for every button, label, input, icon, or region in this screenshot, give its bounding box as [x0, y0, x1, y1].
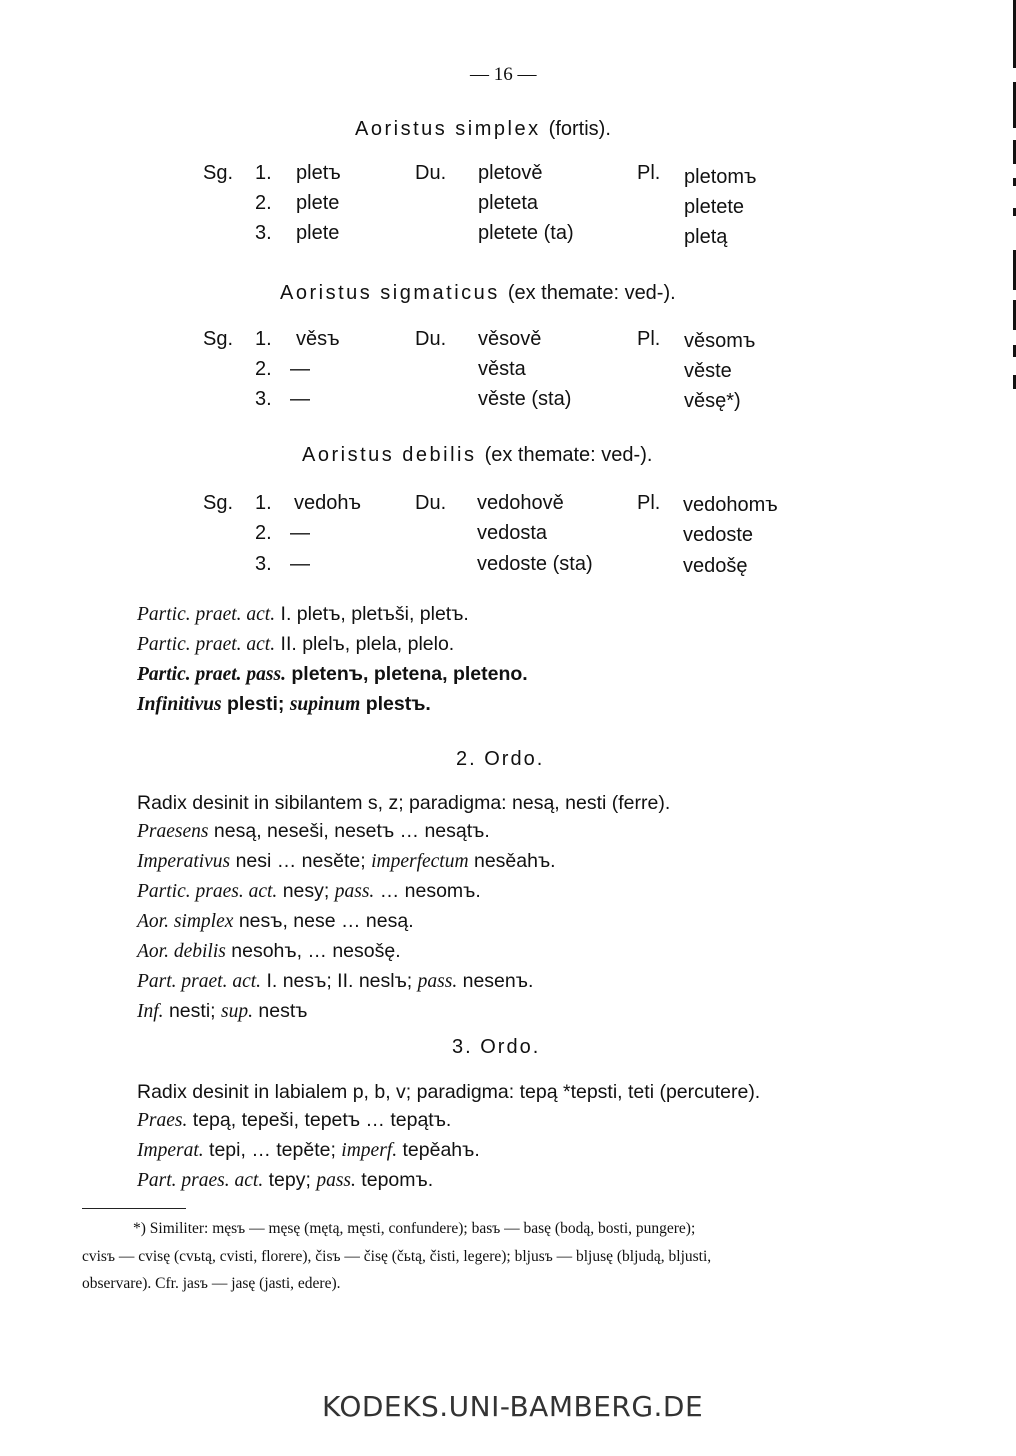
- du-label: Du.: [415, 162, 446, 185]
- sg-form: věsъ: [296, 328, 340, 351]
- footnote-rule: [82, 1208, 186, 1209]
- sg-form: vedohъ: [294, 492, 361, 515]
- ordo-line: Aor. debilis nesohъ, … nesošę.: [137, 940, 401, 963]
- grammar-label: Praes.: [137, 1110, 187, 1131]
- pl-form: věsę*): [684, 390, 741, 413]
- section-title-text: Aoristus sigmaticus: [280, 282, 500, 304]
- row-num: 3.: [255, 222, 272, 245]
- pl-form: pletą: [684, 226, 727, 249]
- ordo-2-intro: Radix desinit in sibilantem s, z; paradi…: [137, 792, 670, 815]
- forms: tepy;: [263, 1169, 316, 1191]
- ordo-line: Part. praes. act. tepy; pass. tepomъ.: [137, 1169, 433, 1192]
- forms: nesenъ.: [457, 970, 533, 992]
- section-title-ordo-2: 2. Ordo.: [456, 748, 544, 771]
- grammar-label: Aor. simplex: [137, 911, 233, 932]
- section-title-text: Aoristus simplex: [355, 118, 541, 140]
- pl-form: pletomъ: [684, 166, 757, 189]
- ordo-line: Partic. praes. act. nesy; pass. … nesomъ…: [137, 880, 481, 903]
- footnote-line-2: cvisъ — cvisę (cvьtą, cvisti, florere), …: [82, 1248, 711, 1266]
- section-title-suffix: (ex themate: ved-).: [485, 444, 653, 466]
- du-form: věsově: [478, 328, 541, 351]
- grammar-label: Imperativus: [137, 851, 230, 872]
- grammar-label: Infinitivus: [137, 694, 222, 715]
- forms: nesy;: [277, 880, 334, 902]
- forms: nesъ, nese … nesą.: [233, 910, 413, 932]
- grammar-label: Partic. praet. act.: [137, 604, 275, 625]
- grammar-label: pass.: [316, 1170, 356, 1191]
- forms: II. plelъ, plela, plelo.: [275, 633, 454, 655]
- pl-form: vedoste: [683, 524, 753, 547]
- sg-form: —: [290, 553, 310, 576]
- section-title-suffix: (ex themate: ved-).: [508, 282, 676, 304]
- forms: I. pletъ, pletъši, pletъ.: [275, 603, 469, 625]
- forms: … nesomъ.: [374, 880, 480, 902]
- grammar-label: Part. praes. act.: [137, 1170, 263, 1191]
- grammar-label: Aor. debilis: [137, 941, 226, 962]
- du-label: Du.: [415, 328, 446, 351]
- forms: I. nesъ; II. neslъ;: [261, 970, 418, 992]
- ordo-line: Part. praet. act. I. nesъ; II. neslъ; pa…: [137, 970, 533, 993]
- du-form: věste (sta): [478, 388, 571, 411]
- forms: nesi … nesěte;: [230, 850, 371, 872]
- ordo-line: Imperativus nesi … nesěte; imperfectum n…: [137, 850, 556, 873]
- grammar-label: pass.: [335, 881, 375, 902]
- forms: tepą, tepeši, tepetъ … tepątъ.: [187, 1109, 451, 1131]
- section-title-suffix: (fortis).: [549, 118, 611, 140]
- row-num: 3.: [255, 553, 272, 576]
- footnote-line-3: observare). Cfr. jasъ — jasę (jasti, ede…: [82, 1275, 341, 1293]
- ordo-line: Imperat. tepi, … tepěte; imperf. tepěahъ…: [137, 1139, 480, 1162]
- grammar-label: Part. praet. act.: [137, 971, 261, 992]
- ordo-line: Praesens nesą, neseši, nesetъ … nesątъ.: [137, 820, 490, 843]
- participle-line: Partic. praet. pass. pletenъ, pletena, p…: [137, 663, 528, 686]
- grammar-label: Inf.: [137, 1001, 164, 1022]
- forms: tepi, … tepěte;: [204, 1139, 342, 1161]
- sg-form: plete: [296, 222, 339, 245]
- forms: nesěahъ.: [469, 850, 556, 872]
- forms: plestъ.: [360, 693, 431, 715]
- forms: pletenъ, pletena, pleteno.: [286, 663, 528, 685]
- forms: plesti;: [222, 693, 290, 715]
- grammar-label: imperfectum: [371, 851, 468, 872]
- section-title-aorist-sigmatic: Aoristus sigmaticus (ex themate: ved-).: [280, 282, 676, 305]
- section-title-ordo-3: 3. Ordo.: [452, 1036, 540, 1059]
- grammar-label: pass.: [418, 971, 458, 992]
- footnote-line-1: *) Similiter: męsъ — męsę (mętą, męsti, …: [133, 1220, 695, 1238]
- du-form: věsta: [478, 358, 526, 381]
- row-num: 2.: [255, 522, 272, 545]
- grammar-label: Partic. praet. pass.: [137, 664, 286, 685]
- forms: nesti;: [164, 1000, 221, 1022]
- grammar-label: Partic. praet. act.: [137, 634, 275, 655]
- sg-form: —: [290, 358, 310, 381]
- sg-label: Sg.: [203, 162, 233, 185]
- pl-label: Pl.: [637, 162, 660, 185]
- ordo-line: Inf. nesti; sup. nestъ: [137, 1000, 307, 1023]
- row-num: 2.: [255, 358, 272, 381]
- du-form: vedosta: [477, 522, 547, 545]
- row-num: 3.: [255, 388, 272, 411]
- participle-line: Partic. praet. act. II. plelъ, plela, pl…: [137, 633, 454, 656]
- pl-form: pletete: [684, 196, 744, 219]
- ordo-line: Praes. tepą, tepeši, tepetъ … tepątъ.: [137, 1109, 451, 1132]
- forms: nesohъ, … nesošę.: [226, 940, 401, 962]
- row-num: 1.: [255, 162, 272, 185]
- row-num: 1.: [255, 492, 272, 515]
- watermark: KODEKS.UNI-BAMBERG.DE: [322, 1390, 703, 1423]
- du-form: vedohově: [477, 492, 564, 515]
- sg-form: —: [290, 522, 310, 545]
- pl-label: Pl.: [637, 328, 660, 351]
- sg-label: Sg.: [203, 492, 233, 515]
- row-num: 1.: [255, 328, 272, 351]
- sg-form: plete: [296, 192, 339, 215]
- pl-label: Pl.: [637, 492, 660, 515]
- du-label: Du.: [415, 492, 446, 515]
- grammar-label: Partic. praes. act.: [137, 881, 277, 902]
- du-form: pletově: [478, 162, 543, 185]
- page-number: — 16 —: [470, 64, 537, 86]
- grammar-label: Praesens: [137, 821, 209, 842]
- section-title-aorist-simplex: Aoristus simplex (fortis).: [355, 118, 611, 141]
- du-form: pletete (ta): [478, 222, 574, 245]
- ordo-3-intro: Radix desinit in labialem p, b, v; parad…: [137, 1081, 760, 1104]
- infinitive-line: Infinitivus plesti; supinum plestъ.: [137, 693, 431, 716]
- pl-form: věste: [684, 360, 732, 383]
- du-form: vedoste (sta): [477, 553, 593, 576]
- sg-form: —: [290, 388, 310, 411]
- forms: nesą, neseši, nesetъ … nesątъ.: [209, 820, 490, 842]
- participle-line: Partic. praet. act. I. pletъ, pletъši, p…: [137, 603, 469, 626]
- grammar-label: imperf.: [341, 1140, 397, 1161]
- pl-form: věsomъ: [684, 330, 755, 353]
- row-num: 2.: [255, 192, 272, 215]
- grammar-label: supinum: [290, 694, 360, 715]
- pl-form: vedohomъ: [683, 494, 778, 517]
- section-title-aorist-debilis: Aoristus debilis (ex themate: ved-).: [302, 444, 652, 467]
- grammar-label: sup.: [221, 1001, 253, 1022]
- pl-form: vedošę: [683, 555, 748, 578]
- forms: nestъ: [253, 1000, 307, 1022]
- sg-form: pletъ: [296, 162, 341, 185]
- du-form: pleteta: [478, 192, 538, 215]
- forms: tepomъ.: [356, 1169, 433, 1191]
- sg-label: Sg.: [203, 328, 233, 351]
- forms: tepěahъ.: [397, 1139, 480, 1161]
- grammar-label: Imperat.: [137, 1140, 204, 1161]
- ordo-line: Aor. simplex nesъ, nese … nesą.: [137, 910, 414, 933]
- section-title-text: Aoristus debilis: [302, 444, 477, 466]
